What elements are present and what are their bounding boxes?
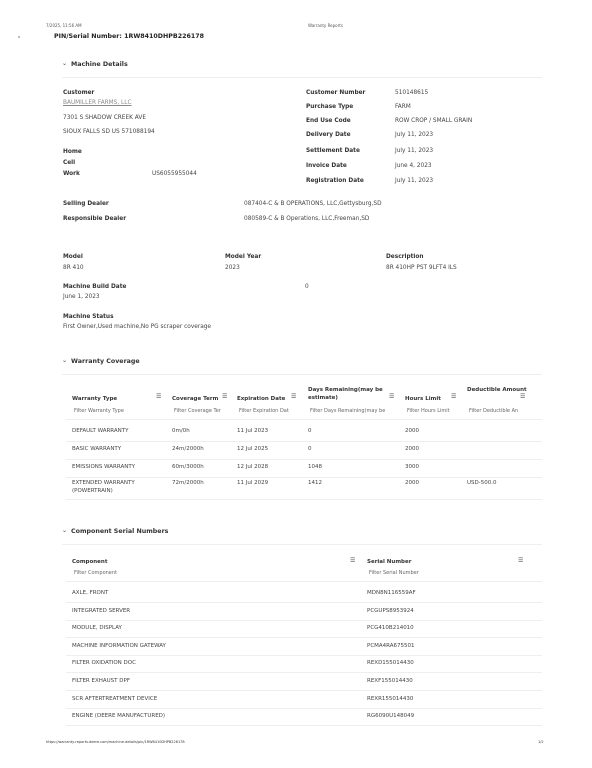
table-cell: BASIC WARRANTY	[72, 445, 162, 453]
home-phone-label: Home	[63, 149, 82, 155]
build-date-label: Machine Build Date	[63, 284, 126, 290]
table-cell: MDN8N116559AF	[367, 589, 416, 597]
model-label: Model	[63, 254, 83, 260]
print-title: Warranty Reports	[308, 23, 343, 28]
filter-icon[interactable]: ☰	[389, 393, 393, 400]
table-cell: 1048	[308, 463, 400, 471]
component-serials-title: Component Serial Numbers	[71, 528, 168, 535]
column-header[interactable]: Days Remaining(may be estimate)	[308, 386, 400, 402]
table-cell: AXLE, FRONT	[72, 589, 108, 597]
row-divider	[66, 708, 542, 709]
responsible-dealer-value: 080589-C & B Operations, LLC,Freeman,SD	[244, 216, 369, 222]
table-cell: REXD155014430	[367, 659, 414, 667]
work-phone-value: US6055955044	[152, 171, 197, 177]
divider	[62, 544, 542, 545]
field-value: 510148615	[395, 90, 428, 96]
column-filter-input[interactable]: Filter Deductible An	[469, 408, 525, 414]
column-filter-input[interactable]: Filter Hours Limit	[407, 408, 461, 414]
table-cell: 60m/3000h	[172, 463, 234, 471]
row-divider	[66, 499, 542, 500]
filter-icon[interactable]: ☰	[222, 393, 226, 400]
filter-icon[interactable]: ☰	[520, 393, 524, 400]
selling-dealer-label: Selling Dealer	[63, 201, 109, 207]
column-header[interactable]: Component	[72, 558, 107, 566]
field-value: FARM	[395, 104, 411, 110]
side-marker	[18, 36, 20, 38]
column-filter-input[interactable]: Filter Expiration Dat	[239, 408, 303, 414]
column-filter-input[interactable]: Filter Coverage Ter	[174, 408, 232, 414]
row-divider	[66, 477, 542, 478]
filter-icon[interactable]: ☰	[156, 393, 160, 400]
table-cell: PCMA4RA675501	[367, 642, 415, 650]
table-cell: 0	[308, 445, 400, 453]
column-filter-input[interactable]: Filter Serial Number	[369, 570, 419, 576]
customer-address-line1: 7301 S SHADOW CREEK AVE	[63, 115, 146, 121]
table-cell: ENGINE (DEERE MANUFACTURED)	[72, 712, 165, 720]
column-header[interactable]: Warranty Type	[72, 395, 162, 403]
table-cell: MACHINE INFORMATION GATEWAY	[72, 642, 166, 650]
field-label: Invoice Date	[306, 163, 347, 169]
table-cell: DEFAULT WARRANTY	[72, 427, 162, 435]
table-cell: FILTER OXIDATION DOC	[72, 659, 136, 667]
divider	[62, 77, 542, 78]
table-cell: EXTENDED WARRANTY (POWERTRAIN)	[72, 479, 162, 495]
table-cell: 0m/0h	[172, 427, 234, 435]
pin-serial-heading: PIN/Serial Number: 1RW8410DHPB226178	[54, 33, 204, 40]
selling-dealer-value: 087404-C & B OPERATIONS, LLC,Gettysburg,…	[244, 201, 382, 207]
row-divider	[66, 690, 542, 691]
page-number: 1/2	[538, 740, 544, 744]
filter-icon[interactable]: ☰	[451, 393, 455, 400]
table-cell: 72m/2000h	[172, 479, 234, 487]
zero-value: 0	[305, 284, 309, 290]
table-cell: 11 Jul 2023	[237, 427, 305, 435]
table-cell: 12 Jul 2025	[237, 445, 305, 453]
field-label: Purchase Type	[306, 104, 353, 110]
table-cell: FILTER EXHAUST DPF	[72, 677, 130, 685]
responsible-dealer-label: Responsible Dealer	[63, 216, 126, 222]
footer-url: https://warranty-reports.deere.com/machi…	[46, 740, 185, 744]
customer-label: Customer	[63, 90, 94, 96]
table-cell: MODULE, DISPLAY	[72, 624, 122, 632]
row-divider	[66, 725, 542, 726]
field-label: Registration Date	[306, 178, 364, 184]
warranty-coverage-toggle[interactable]: ⌄Warranty Coverage	[62, 358, 140, 365]
table-cell: RG6090U148049	[367, 712, 414, 720]
table-cell: 3000	[405, 463, 463, 471]
field-label: Delivery Date	[306, 132, 351, 138]
divider	[66, 581, 542, 582]
build-date-value: June 1, 2023	[63, 294, 100, 300]
filter-icon[interactable]: ☰	[291, 393, 295, 400]
row-divider	[66, 441, 542, 442]
table-cell: REXR155014430	[367, 695, 413, 703]
table-cell: 0	[308, 427, 400, 435]
table-cell: INTEGRATED SERVER	[72, 607, 130, 615]
model-value: 8R 410	[63, 265, 84, 271]
row-divider	[66, 602, 542, 603]
row-divider	[66, 620, 542, 621]
customer-address-line2: SIOUX FALLS SD US 571088194	[63, 129, 155, 135]
column-header[interactable]: Deductible Amount	[467, 386, 527, 394]
customer-name-link[interactable]: BAUMILLER FARMS, LLC	[63, 100, 132, 106]
machine-details-toggle[interactable]: ⌄Machine Details	[62, 61, 128, 68]
table-cell: 2000	[405, 445, 463, 453]
field-label: Settlement Date	[306, 148, 360, 154]
table-cell: 12 Jul 2028	[237, 463, 305, 471]
description-value: 8R 410HP PST 9LFT4 ILS	[386, 265, 457, 271]
divider	[66, 419, 542, 420]
field-value: July 11, 2023	[395, 148, 433, 154]
table-cell: 2000	[405, 427, 463, 435]
table-cell: REXF155014430	[367, 677, 413, 685]
machine-details-title: Machine Details	[71, 61, 128, 68]
row-divider	[66, 672, 542, 673]
divider	[62, 374, 542, 375]
table-cell: 2000	[405, 479, 463, 487]
table-cell: 11 Jul 2029	[237, 479, 305, 487]
table-cell: SCR AFTERTREATMENT DEVICE	[72, 695, 157, 703]
field-value: ROW CROP / SMALL GRAIN	[395, 118, 472, 124]
chevron-down-icon: ⌄	[62, 60, 67, 67]
warranty-coverage-title: Warranty Coverage	[71, 358, 140, 365]
component-serials-toggle[interactable]: ⌄Component Serial Numbers	[62, 528, 168, 535]
chevron-down-icon: ⌄	[62, 357, 67, 364]
column-header[interactable]: Serial Number	[367, 558, 411, 566]
table-cell: 1412	[308, 479, 400, 487]
model-year-label: Model Year	[225, 254, 261, 260]
table-cell: 24m/2000h	[172, 445, 234, 453]
row-divider	[66, 637, 542, 638]
filter-icon[interactable]: ☰	[518, 557, 522, 564]
machine-status-value: First Owner,Used machine,No PG scraper c…	[63, 324, 211, 330]
machine-status-label: Machine Status	[63, 314, 114, 320]
field-label: End Use Code	[306, 118, 351, 124]
table-cell: PCGUPS8953924	[367, 607, 414, 615]
row-divider	[66, 459, 542, 460]
cell-phone-label: Cell	[63, 160, 75, 166]
table-cell: EMISSIONS WARRANTY	[72, 463, 162, 471]
column-filter-input[interactable]: Filter Days Remaining(may be	[310, 408, 398, 414]
model-year-value: 2023	[225, 265, 240, 271]
field-value: June 4, 2023	[395, 163, 432, 169]
row-divider	[66, 655, 542, 656]
description-label: Description	[386, 254, 424, 260]
chevron-down-icon: ⌄	[62, 527, 67, 534]
work-phone-label: Work	[63, 171, 80, 177]
table-cell: PCG410B214010	[367, 624, 414, 632]
table-cell: USD-500.0	[467, 479, 527, 487]
print-date: 7/2025, 11:56 AM	[46, 23, 82, 28]
filter-icon[interactable]: ☰	[350, 557, 354, 564]
column-filter-input[interactable]: Filter Warranty Type	[74, 408, 160, 414]
field-label: Customer Number	[306, 90, 365, 96]
field-value: July 11, 2023	[395, 178, 433, 184]
field-value: July 11, 2023	[395, 132, 433, 138]
column-filter-input[interactable]: Filter Component	[74, 570, 117, 576]
